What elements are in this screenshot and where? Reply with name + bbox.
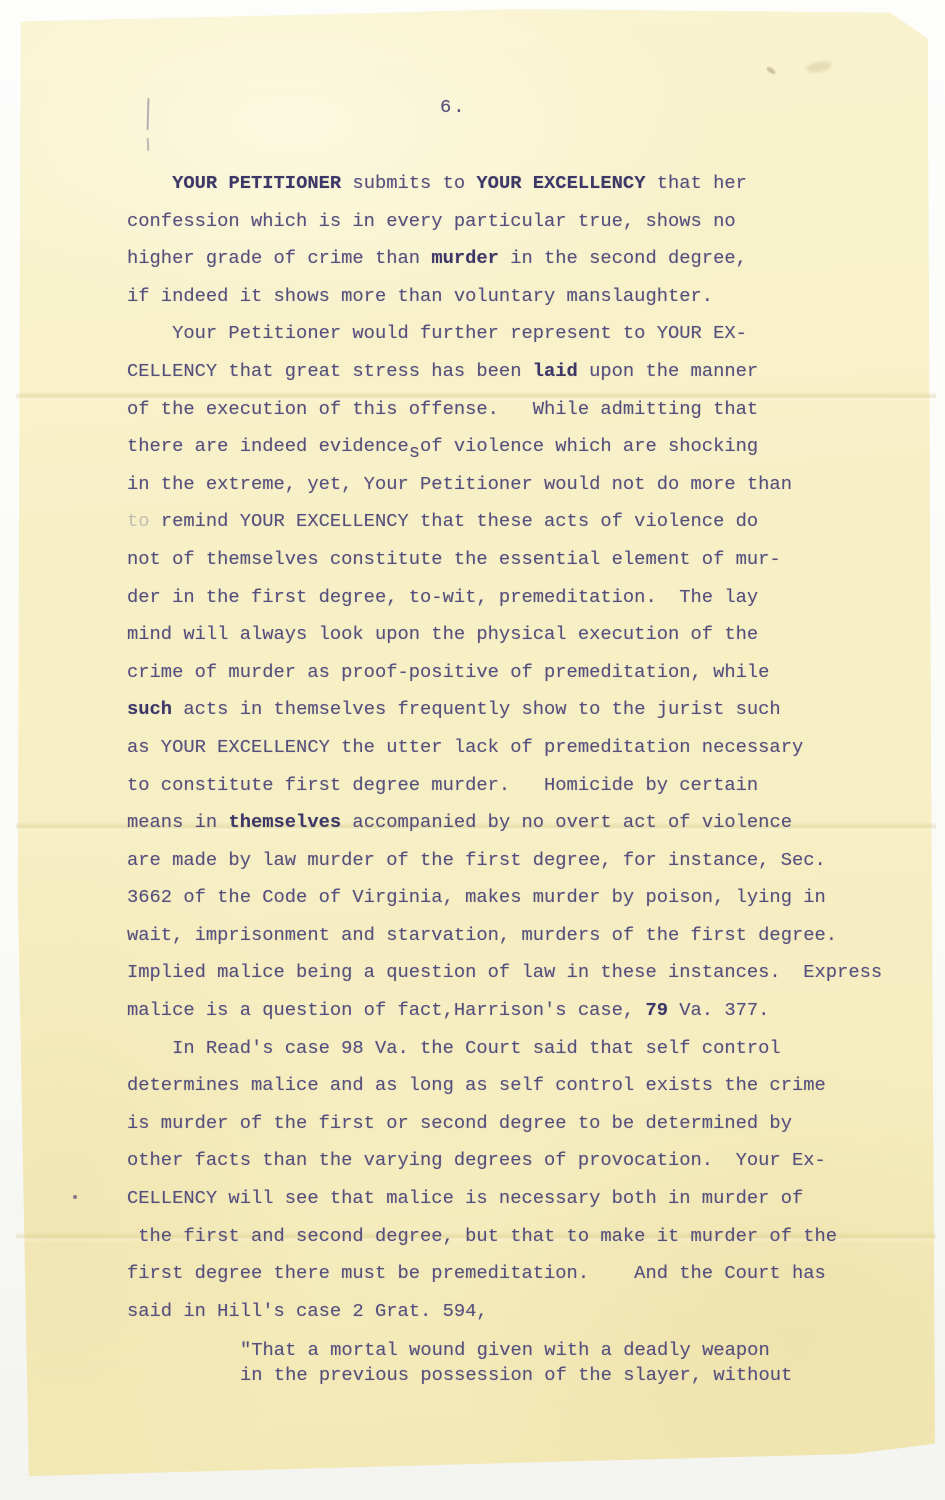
text-line: if indeed it shows more than voluntary m…: [127, 278, 917, 316]
text-line: as YOUR EXCELLENCY the utter lack of pre…: [127, 729, 917, 767]
scanned-document-page: 6. YOUR PETITIONER submits to YOUR EXCEL…: [0, 0, 945, 1500]
ink-dot: [73, 1195, 77, 1199]
document-body: YOUR PETITIONER submits to YOUR EXCELLEN…: [127, 165, 917, 1388]
text-line: first degree there must be premeditation…: [127, 1255, 917, 1293]
text-line: higher grade of crime than murder in the…: [127, 240, 917, 278]
text-line: not of themselves constitute the essenti…: [127, 541, 917, 579]
text-line: Your Petitioner would further represent …: [127, 315, 917, 353]
text-line: malice is a question of fact,Harrison's …: [127, 992, 917, 1030]
text-line: means in themselves accompanied by no ov…: [127, 804, 917, 842]
text-line: such acts in themselves frequently show …: [127, 691, 917, 729]
text-line: said in Hill's case 2 Grat. 594,: [127, 1293, 917, 1331]
text-line: mind will always look upon the physical …: [127, 616, 917, 654]
text-line: In Read's case 98 Va. the Court said tha…: [127, 1030, 917, 1068]
text-line: determines malice and as long as self co…: [127, 1067, 917, 1105]
text-line: 3662 of the Code of Virginia, makes murd…: [127, 879, 917, 917]
text-line: wait, imprisonment and starvation, murde…: [127, 917, 917, 955]
text-line: "That a mortal wound given with a deadly…: [127, 1338, 917, 1363]
text-line: are made by law murder of the first degr…: [127, 842, 917, 880]
text-line: in the previous possession of the slayer…: [127, 1363, 917, 1388]
text-line: confession which is in every particular …: [127, 203, 917, 241]
text-line: in the extreme, yet, Your Petitioner wou…: [127, 466, 917, 504]
text-line: CELLENCY that great stress has been laid…: [127, 353, 917, 391]
text-line: the first and second degree, but that to…: [127, 1218, 917, 1256]
text-line: to remind YOUR EXCELLENCY that these act…: [127, 503, 917, 541]
text-line: is murder of the first or second degree …: [127, 1105, 917, 1143]
text-line: der in the first degree, to-wit, premedi…: [127, 579, 917, 617]
text-line: YOUR PETITIONER submits to YOUR EXCELLEN…: [127, 165, 917, 203]
text-line: there are indeed evidencesof violence wh…: [127, 428, 917, 466]
text-line: other facts than the varying degrees of …: [127, 1142, 917, 1180]
text-line: crime of murder as proof-positive of pre…: [127, 654, 917, 692]
text-line: to constitute first degree murder. Homic…: [127, 767, 917, 805]
text-line: CELLENCY will see that malice is necessa…: [127, 1180, 917, 1218]
text-line: Implied malice being a question of law i…: [127, 954, 917, 992]
text-line: of the execution of this offense. While …: [127, 391, 917, 429]
page-number: 6.: [440, 96, 467, 118]
